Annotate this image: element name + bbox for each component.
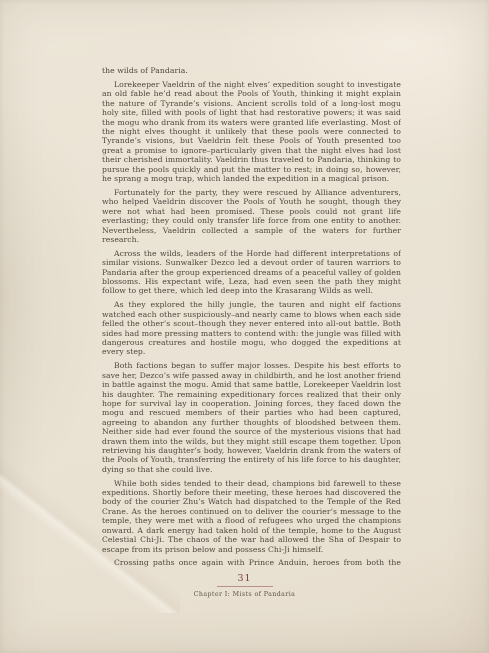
paragraph: Across the wilds, leaders of the Horde h… (102, 249, 401, 296)
footer-rule (217, 586, 273, 587)
page-footer: 31 Chapter I: Mists of Pandaria (0, 573, 489, 599)
paragraph: Fortunately for the party, they were res… (102, 188, 401, 244)
chapter-footer: Chapter I: Mists of Pandaria (0, 591, 489, 599)
book-page: the wilds of Pandaria. Lorekeeper Vaeldr… (0, 0, 489, 653)
paragraph: Crossing paths once again with Prince An… (102, 558, 401, 568)
paragraph: Both factions began to suffer major loss… (102, 361, 401, 474)
paragraph: Lorekeeper Vaeldrin of the night elves’ … (102, 80, 401, 183)
page-text: the wilds of Pandaria. Lorekeeper Vaeldr… (102, 66, 401, 568)
paragraph: While both sides tended to their dead, c… (102, 479, 401, 554)
paragraph: As they explored the hilly jungle, the t… (102, 300, 401, 356)
paragraph: the wilds of Pandaria. (102, 66, 401, 75)
page-number: 31 (0, 573, 489, 584)
